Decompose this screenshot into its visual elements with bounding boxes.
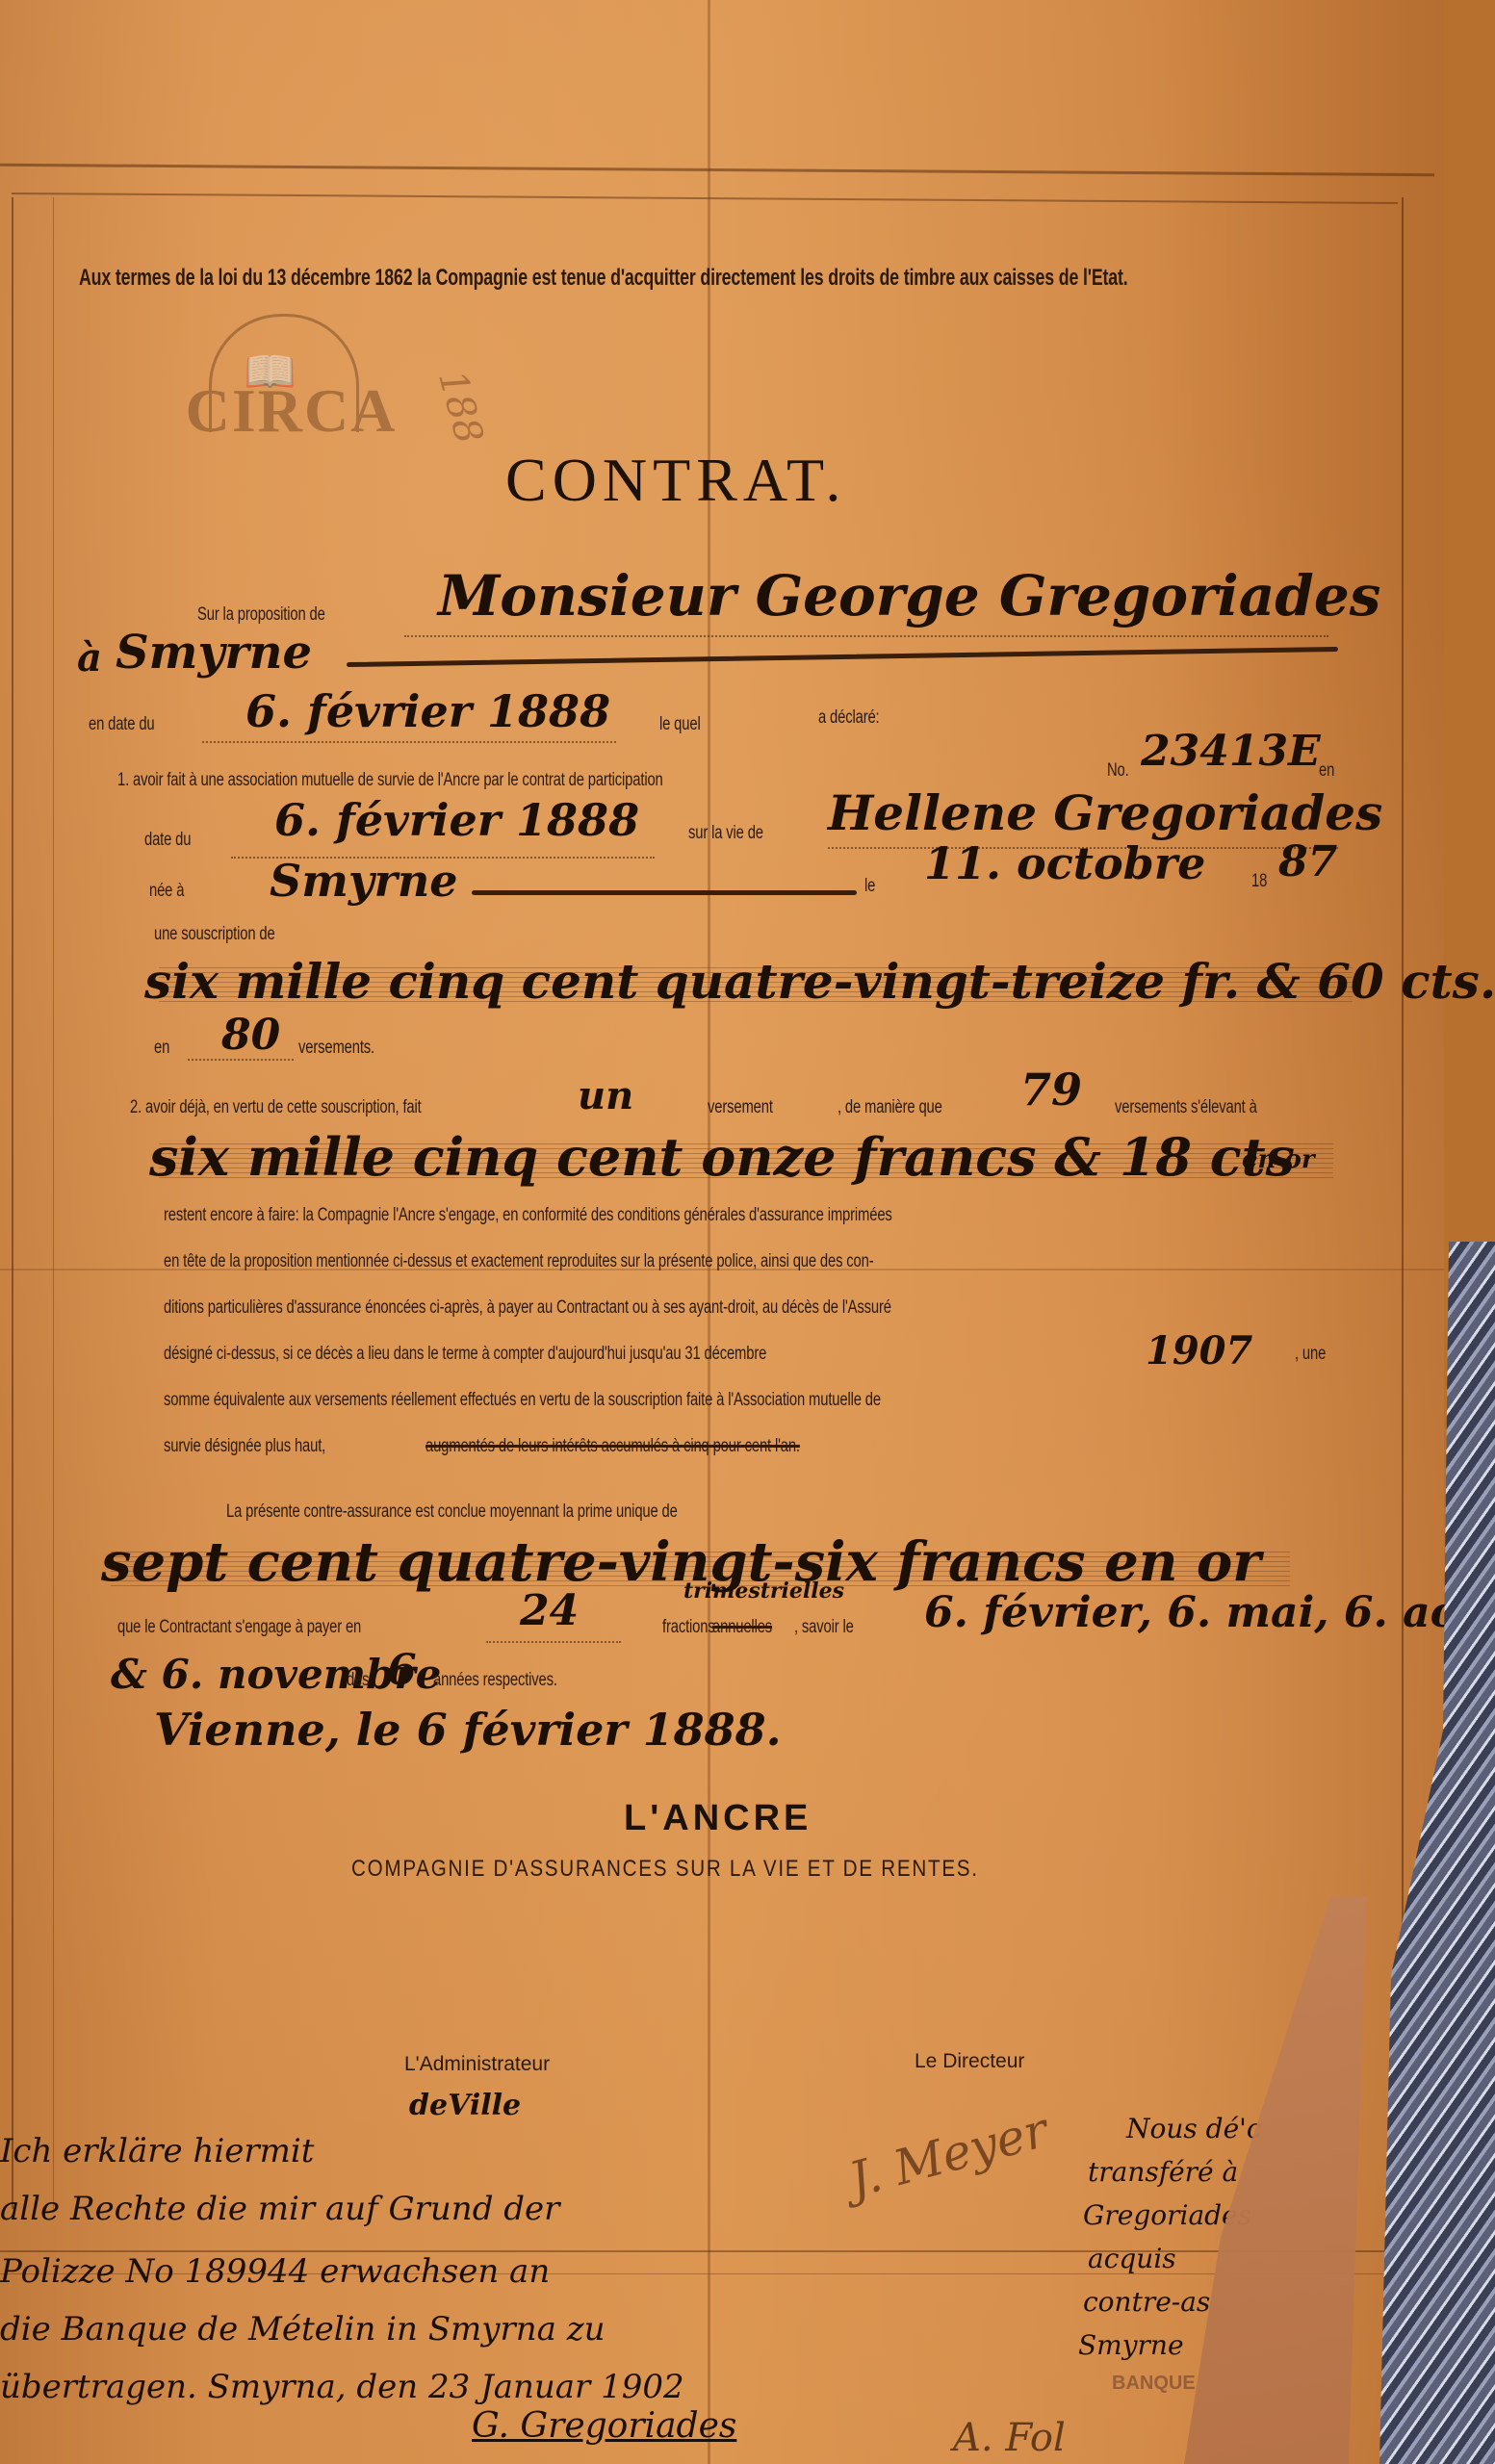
fr-endorsement-line: Smyrne	[1078, 2329, 1184, 2361]
administrator-signature: deVille	[409, 2089, 521, 2122]
fold-crease	[708, 0, 710, 2464]
director-label: Le Directeur	[915, 2050, 1024, 2073]
clause2-line: désigné ci-dessus, si ce décès a lieu da…	[164, 1344, 766, 1365]
circa-watermark: 📖 CIRCA	[178, 308, 404, 472]
subscription-amount: six mille cinq cent quatre-vingt-treize …	[144, 953, 1495, 1010]
struck-interest-clause: augmentés de leurs intérêts accumulés à …	[425, 1436, 800, 1457]
payment-dates-line1: 6. février, 6. mai, 6. août	[924, 1588, 1495, 1637]
pay-label: que le Contractant s'engage à payer en	[117, 1617, 361, 1638]
born-place: Smyrne	[270, 855, 458, 907]
company-subtitle: COMPAGNIE D'ASSURANCES SUR LA VIE ET DE …	[351, 1856, 979, 1883]
remaining-amount: six mille cinq cent onze francs & 18 cts	[149, 1126, 1295, 1188]
fr-endorsement-signature: A. Fol	[953, 2416, 1066, 2460]
fr-endorsement-line: acquis	[1088, 2243, 1176, 2274]
endorsement-line: Polizze No 189944 erwachsen an	[0, 2252, 550, 2291]
struck-annuelles: annuelles	[712, 1617, 772, 1638]
installments-label: versements.	[298, 1038, 374, 1059]
date-label: en date du	[89, 714, 154, 735]
contract-number: 23413E	[1141, 727, 1321, 776]
paid-count: un	[578, 1073, 633, 1118]
clause2-line: survie désignée plus haut,	[164, 1436, 325, 1457]
contract-no-label: No.	[1107, 760, 1129, 782]
proposition-date: 6. février 1888	[245, 685, 610, 737]
fill-line	[404, 635, 1328, 637]
clause1-text: 1. avoir fait à une association mutuelle…	[117, 770, 663, 791]
born-date: 11. octobre	[924, 837, 1205, 889]
place-prefix: à	[77, 635, 102, 680]
clause2-text: 2. avoir déjà, en vertu de cette souscri…	[130, 1097, 422, 1118]
years-label: années respectives.	[433, 1670, 557, 1691]
clause2-line: ditions particulières d'assurance énoncé…	[164, 1297, 891, 1319]
bank-stamp: BANQUE	[1112, 2373, 1196, 2395]
page-title: CONTRAT.	[505, 445, 846, 516]
clause2-line: restent encore à faire: la Compagnie l'A…	[164, 1205, 892, 1226]
fill-line	[486, 1641, 621, 1643]
endorsement-line: alle Rechte die mir auf Grund der	[0, 2190, 559, 2228]
years-count: 6	[387, 1646, 417, 1695]
born-year-suffix: 87	[1278, 837, 1337, 886]
end-suffix: , une	[1295, 1344, 1326, 1365]
endorsement-line: die Banque de Mételin in Smyrna zu	[0, 2310, 606, 2348]
proposer-name: Monsieur George Gregoriades	[438, 563, 1380, 629]
le-label: le	[864, 876, 875, 897]
rising-label: versements s'élevant à	[1115, 1097, 1257, 1118]
clause2-line: somme équivalente aux versements réellem…	[164, 1390, 881, 1411]
premium-intro: La présente contre-assurance est conclue…	[226, 1501, 678, 1523]
remaining-count: 79	[1020, 1064, 1082, 1116]
clause2-line: en tête de la proposition mentionnée ci-…	[164, 1251, 874, 1272]
fr-endorsement-line: contre-as	[1083, 2286, 1210, 2318]
signed-place-date: Vienne, le 6 février 1888.	[154, 1704, 782, 1756]
des-label: des	[347, 1670, 369, 1691]
premium-amount: sept cent quatre-vingt-six francs en or	[101, 1530, 1261, 1594]
proposition-label: Sur la proposition de	[197, 604, 325, 626]
insured-name: Hellene Gregoriades	[828, 784, 1382, 841]
de-maniere-label: , de manière que	[838, 1097, 942, 1118]
inserted-trimestrielles: trimestrielles	[683, 1578, 844, 1604]
fill-stroke	[472, 890, 857, 895]
fr-endorsement-line: transféré à	[1088, 2156, 1238, 2188]
versement-label: versement	[708, 1097, 773, 1118]
remaining-amount-suffix: en or	[1242, 1145, 1315, 1174]
en-label: en	[154, 1038, 169, 1059]
savoir-label: , savoir le	[794, 1617, 854, 1638]
end-year: 1907	[1146, 1328, 1252, 1373]
administrator-label: L'Administrateur	[404, 2053, 550, 2076]
installments-count: 80	[221, 1011, 280, 1060]
fr-endorsement-line: Nous dé'c	[1126, 2113, 1262, 2144]
lequel-label: le quel	[659, 714, 701, 735]
proposer-place: Smyrne	[116, 626, 312, 680]
date-label: date du	[144, 830, 191, 851]
watermark-label: CIRCA	[178, 375, 404, 447]
subscription-label: une souscription de	[154, 924, 275, 945]
fractions-label: fractions	[662, 1617, 715, 1638]
endorsement-signature: G. Gregoriades	[472, 2406, 736, 2446]
declared-label: a déclaré:	[818, 707, 880, 729]
fill-line	[202, 741, 616, 743]
en-label: en	[1319, 760, 1334, 782]
company-name: L'ANCRE	[624, 1798, 812, 1839]
life-label: sur la vie de	[688, 823, 763, 844]
fractions-count: 24	[520, 1586, 579, 1635]
endorsement-line: Ich erkläre hiermit	[0, 2132, 314, 2170]
stamp-duty-notice: Aux termes de la loi du 13 décembre 1862…	[79, 265, 1128, 292]
born-label: née à	[149, 881, 184, 902]
contract-date: 6. février 1888	[274, 794, 639, 846]
fill-line	[188, 1059, 294, 1061]
endorsement-line: übertragen. Smyrna, den 23 Januar 1902	[0, 2368, 684, 2406]
born-year-prefix: 18	[1251, 871, 1267, 892]
